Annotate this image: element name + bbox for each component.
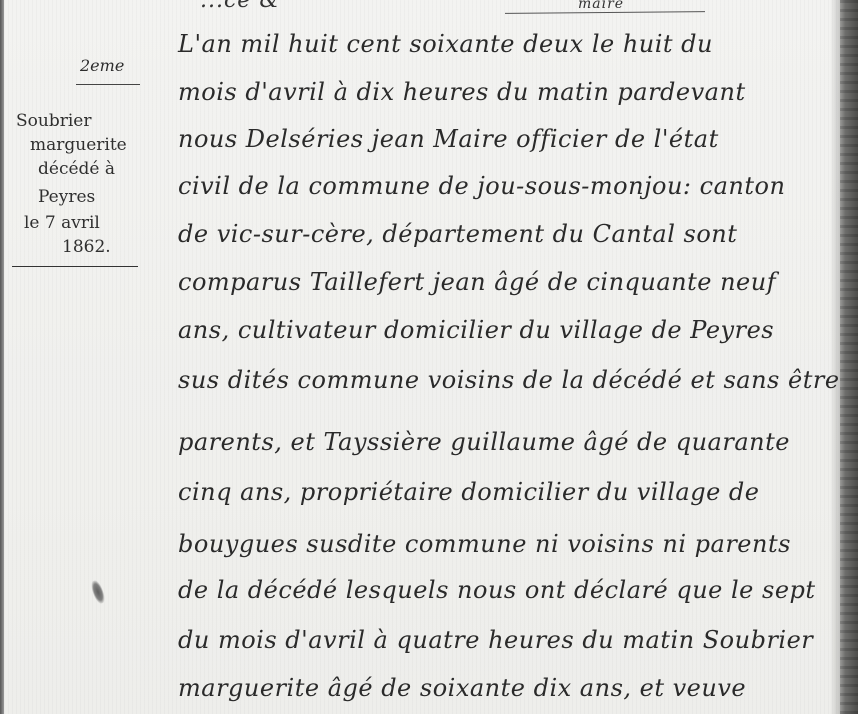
body-line: bouygues susdite commune ni voisins ni p…: [178, 530, 791, 558]
margin-line: décédé à: [38, 158, 115, 180]
body-line: comparus Taillefert jean âgé de cinquant…: [178, 268, 776, 296]
body-line: sus dités commune voisins de la décédé e…: [178, 366, 840, 394]
margin-line: marguerite: [30, 134, 127, 156]
body-line: cinq ans, propriétaire domicilier du vil…: [178, 478, 759, 506]
body-line: mois d'avril à dix heures du matin parde…: [178, 78, 746, 106]
ink-blot: [89, 579, 107, 605]
margin-line: Soubrier: [16, 110, 91, 132]
body-line: ans, cultivateur domicilier du village d…: [178, 316, 774, 344]
register-page: ...ce & maire 2eme Soubrier marguerite d…: [0, 0, 858, 714]
header-fragment-right: maire: [578, 0, 624, 12]
body-line: marguerite âgé de soixante dix ans, et v…: [178, 674, 746, 702]
book-binding: [840, 0, 858, 714]
margin-rule: [12, 266, 138, 267]
margin-line: 1862.: [62, 236, 111, 258]
body-line: civil de la commune de jou-sous-monjou: …: [178, 172, 785, 200]
body-line: nous Delséries jean Maire officier de l'…: [178, 125, 719, 153]
entry-number-underline: [76, 84, 140, 85]
entry-number: 2eme: [80, 56, 124, 75]
body-line: du mois d'avril à quatre heures du matin…: [178, 626, 813, 654]
body-line: parents, et Tayssière guillaume âgé de q…: [178, 428, 790, 456]
body-line: de vic-sur-cère, département du Cantal s…: [178, 220, 737, 248]
margin-line: Peyres: [38, 186, 95, 208]
body-line: de la décédé lesquels nous ont déclaré q…: [178, 576, 816, 604]
header-fragment-left: ...ce &: [200, 0, 280, 13]
page-left-edge: [0, 0, 4, 714]
margin-line: le 7 avril: [24, 212, 100, 234]
binding-shadow: [830, 0, 840, 714]
body-line: L'an mil huit cent soixante deux le huit…: [178, 30, 713, 58]
header-underline: [505, 11, 705, 14]
